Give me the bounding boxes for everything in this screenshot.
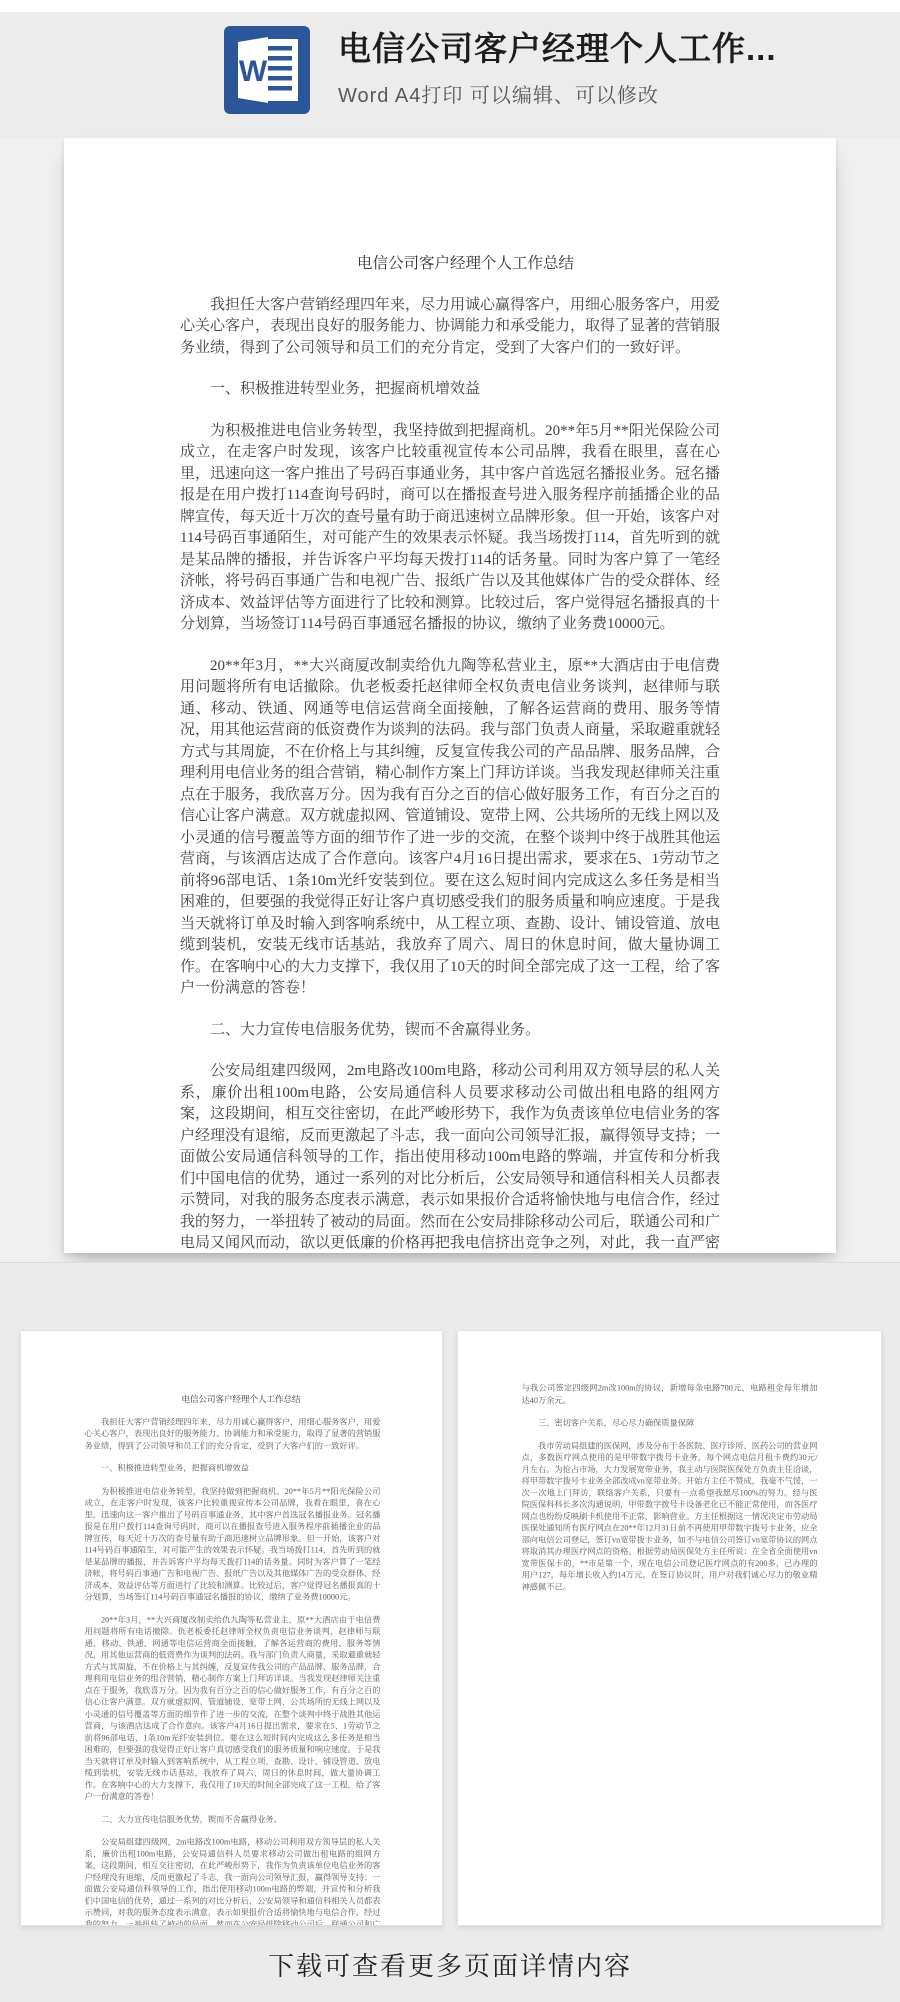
header-text: 电信公司客户经理个人工作... Word A4打印 可以编辑、可以修改 (338, 26, 777, 108)
doc-page-title: 电信公司客户经理个人工作总结 (180, 253, 720, 275)
doc-heading: 三、密切客户关系，尽心尽力确保质量保障 (522, 1418, 818, 1430)
doc-paragraph: 我担任大客户营销经理四年来，尽力用诚心赢得客户，用细心服务客户，用爱心关心客户，… (85, 1417, 381, 1452)
doc-paragraph: 我担任大客户营销经理四年来，尽力用诚心赢得客户，用细心服务客户，用爱心关心客户，… (180, 295, 720, 360)
thumbnail-page-2-content: 与我公司签定四级网2m改100m的协议，新增每条电路700元，电路租金每年增加达… (458, 1331, 881, 1593)
doc-heading: 二、大力宣传电信服务优势，锲而不舍赢得业务。 (85, 1814, 381, 1826)
doc-paragraph: 20**年3月，**大兴商厦改制卖给仇九陶等私营业主，原**大酒店由于电信费用问… (85, 1615, 381, 1804)
doc-paragraph: 我市劳动局组建的医保网，涉及分布于各医院、医疗诊所、医药公司的营业网点，多数医疗… (522, 1440, 818, 1593)
doc-paragraph: 为积极推进电信业务转型，我坚持做到把握商机。20**年5月**阳光保险公司成立，… (180, 421, 720, 636)
more-pages-section: 电信公司客户经理个人工作总结 我担任大客户营销经理四年来，尽力用诚心赢得客户，用… (0, 1262, 900, 2002)
doc-meta-subtitle: Word A4打印 可以编辑、可以修改 (338, 79, 777, 108)
doc-paragraph: 公安局组建四级网，2m电路改100m电路，移动公司利用双方领导层的私人关系，廉价… (85, 1837, 381, 1926)
word-icon: W (224, 26, 310, 114)
document-header: W 电信公司客户经理个人工作... Word A4打印 可以编辑、可以修改 (0, 12, 900, 138)
doc-paragraph: 公安局组建四级网，2m电路改100m电路，移动公司利用双方领导层的私人关系，廉价… (180, 1061, 720, 1253)
page-thumbnails: 电信公司客户经理个人工作总结 我担任大客户营销经理四年来，尽力用诚心赢得客户，用… (0, 1263, 900, 1926)
doc-title: 电信公司客户经理个人工作... (338, 28, 777, 70)
thumbnail-page-1-content: 电信公司客户经理个人工作总结 我担任大客户营销经理四年来，尽力用诚心赢得客户，用… (21, 1331, 443, 1926)
doc-heading: 一、积极推进转型业务，把握商机增效益 (85, 1463, 381, 1475)
download-hint: 下载可查看更多页面详情内容 (0, 1946, 900, 1983)
word-icon-letter: W (239, 55, 268, 88)
doc-heading: 一、积极推进转型业务，把握商机增效益 (180, 379, 720, 401)
doc-paragraph: 为积极推进电信业务转型，我坚持做到把握商机。20**年5月**阳光保险公司成立，… (85, 1486, 381, 1604)
doc-page-title: 电信公司客户经理个人工作总结 (85, 1394, 381, 1406)
doc-paragraph: 20**年3月，**大兴商厦改制卖给仇九陶等私营业主，原**大酒店由于电信费用问… (180, 656, 720, 1000)
preview-area: 电信公司客户经理个人工作总结 我担任大客户营销经理四年来，尽力用诚心赢得客户，用… (0, 138, 900, 1262)
doc-heading: 二、大力宣传电信服务优势，锲而不舍赢得业务。 (180, 1020, 720, 1042)
top-strip (0, 0, 900, 12)
thumbnail-page-2[interactable]: 与我公司签定四级网2m改100m的协议，新增每条电路700元，电路租金每年增加达… (457, 1330, 882, 1926)
doc-paragraph: 与我公司签定四级网2m改100m的协议，新增每条电路700元，电路租金每年增加达… (522, 1383, 818, 1407)
document-preview-page-1: 电信公司客户经理个人工作总结 我担任大客户营销经理四年来，尽力用诚心赢得客户，用… (64, 138, 836, 1253)
thumbnail-page-1[interactable]: 电信公司客户经理个人工作总结 我担任大客户营销经理四年来，尽力用诚心赢得客户，用… (20, 1330, 443, 1926)
